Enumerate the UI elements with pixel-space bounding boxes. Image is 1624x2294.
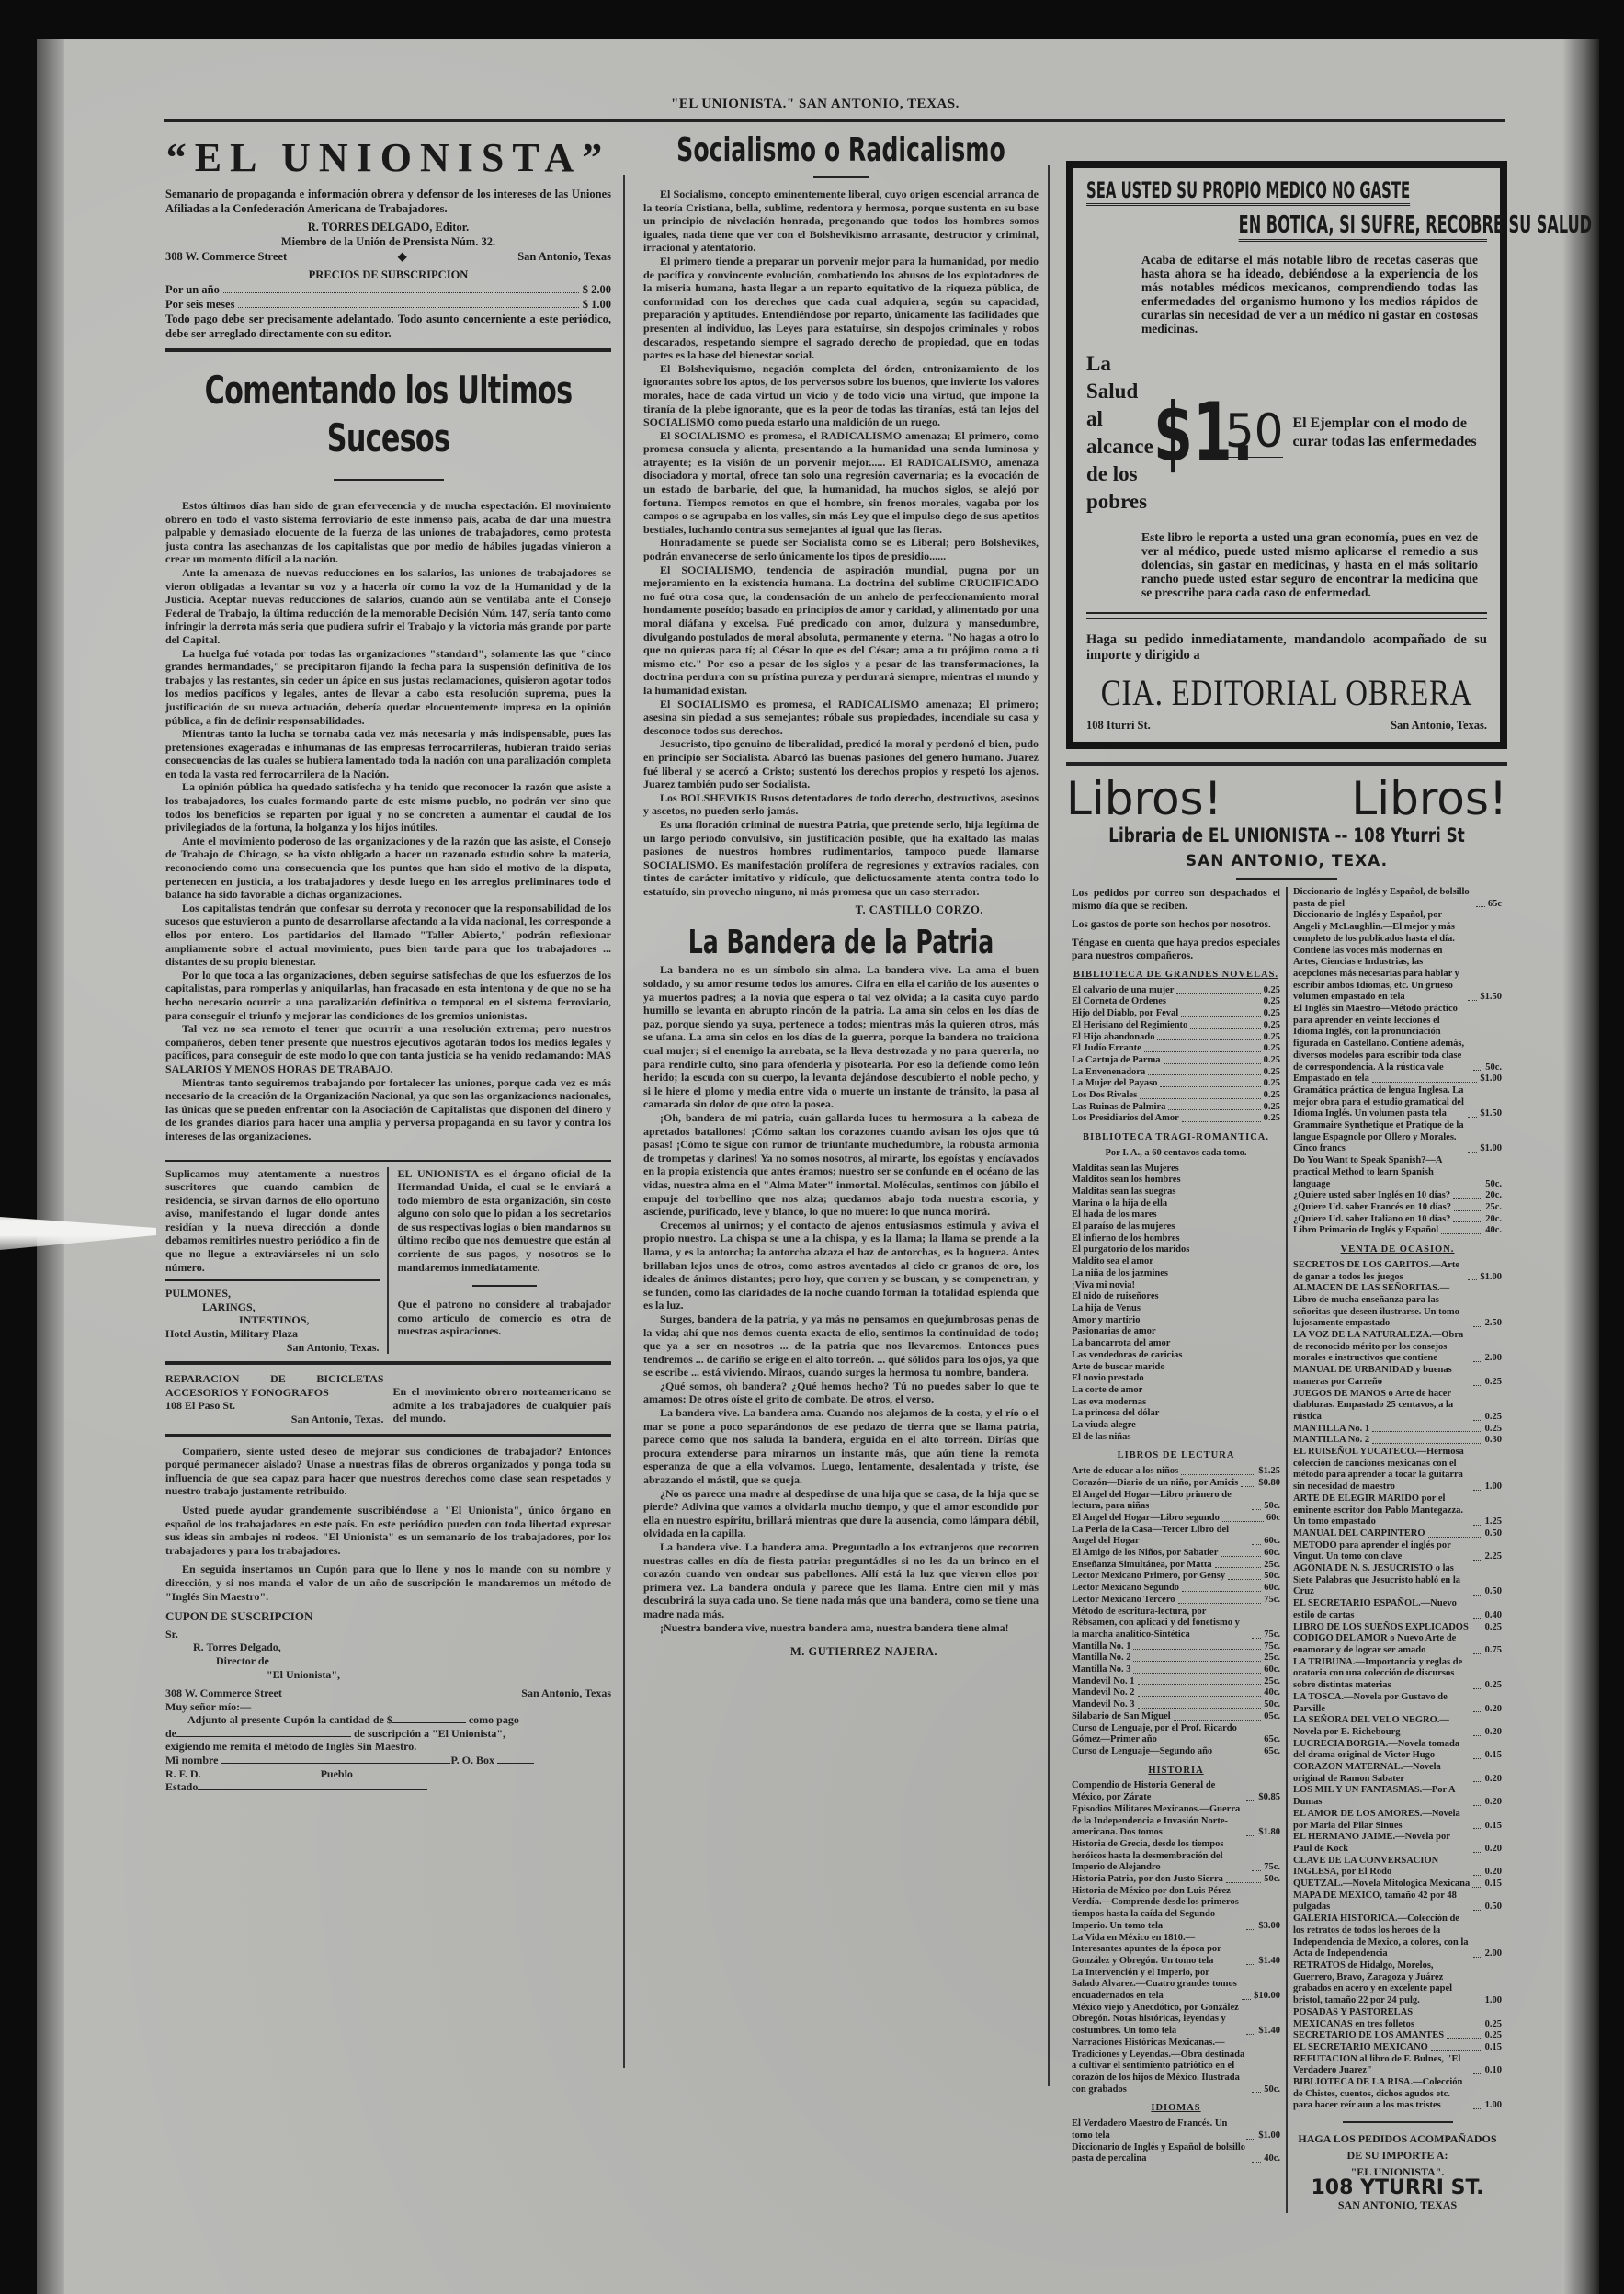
catalog-item-price: 2.50 bbox=[1485, 1318, 1502, 1330]
catalog-item: Lector Mexicano Segundo60c. bbox=[1072, 1583, 1280, 1595]
leader-dots bbox=[1182, 1121, 1261, 1122]
catalog-item-price: 0.15 bbox=[1485, 1750, 1502, 1762]
catalog-item: Mantilla No. 360c. bbox=[1072, 1664, 1280, 1676]
price-value: $ 1.00 bbox=[583, 297, 611, 312]
article-byline: M. GUTIERREZ NAJERA. bbox=[643, 1645, 937, 1659]
catalog-item-title: MANUAL DEL CARPINTERO bbox=[1293, 1528, 1425, 1540]
catalog-item-title: México viejo y Anecdótico, por González … bbox=[1072, 2003, 1244, 2038]
catalog-item-title: La Vida en México en 1810.—Interesantes … bbox=[1072, 1933, 1244, 1968]
catalog-item-price: $0.80 bbox=[1258, 1478, 1280, 1490]
catalog-item-title: POSADAS Y PASTORELAS MEXICANAS en tres f… bbox=[1293, 2007, 1471, 2030]
catalog-item-price: $0.85 bbox=[1258, 1792, 1280, 1804]
catalog-item-price: 60c bbox=[1266, 1513, 1280, 1525]
article-body: Estos últimos días han sido de gran efer… bbox=[165, 499, 611, 1143]
catalog-item-title: Marina o la hija de ella bbox=[1072, 1198, 1167, 1210]
masthead-editor: R. TORRES DELGADO, Editor. bbox=[165, 220, 611, 234]
catalog-item-price: 0.15 bbox=[1485, 1879, 1502, 1891]
catalog-item: POSADAS Y PASTORELAS MEXICANAS en tres f… bbox=[1293, 2007, 1502, 2030]
leader-dots bbox=[1246, 2139, 1255, 2140]
catalog-section-heading: LIBROS DE LECTURA bbox=[1072, 1450, 1280, 1462]
catalog-item-title: MANTILLA No. 2 bbox=[1293, 1435, 1369, 1447]
ad-bicicletas: REPARACION DE BICICLETAS ACCESORIOS Y FO… bbox=[165, 1372, 384, 1425]
ads-row: REPARACION DE BICICLETAS ACCESORIOS Y FO… bbox=[165, 1372, 611, 1425]
paragraph: Los BOLSHEVIKIS Rusos detentadores de to… bbox=[643, 791, 1039, 818]
coupon-rfd-row: R. F. D.Pueblo bbox=[165, 1767, 611, 1781]
catalog-item-title: La niña de los jazmines bbox=[1072, 1268, 1168, 1280]
leader-dots bbox=[1372, 1443, 1482, 1444]
section-rule bbox=[165, 1160, 611, 1162]
masthead-description: Semanario de propaganda e información ob… bbox=[165, 187, 611, 216]
catalog-item-title: El Herisiano del Regimiento bbox=[1072, 1020, 1187, 1032]
paragraph: Crecemos al unirnos; y el contacto de aj… bbox=[643, 1219, 1039, 1312]
ornament-rule bbox=[472, 1285, 537, 1287]
catalog-item-price: 2.00 bbox=[1485, 1353, 1502, 1365]
coupon-addressee: R. Torres Delgado, bbox=[165, 1641, 611, 1654]
paragraph: ¿No os parece una madre al despedirse de… bbox=[643, 1487, 1039, 1540]
catalog-item: Grammaire Synthetique et Pratique de la … bbox=[1293, 1120, 1502, 1155]
leader-dots bbox=[1473, 1781, 1482, 1782]
coupon-text: de bbox=[165, 1727, 176, 1740]
catalog-item-title: Historia Patria, por don Justo Sierra bbox=[1072, 1874, 1223, 1886]
paragraph: Compañero, siente usted deseo de mejorar… bbox=[165, 1445, 611, 1498]
leader-dots bbox=[1372, 1431, 1482, 1432]
leader-dots bbox=[1252, 1544, 1261, 1545]
estado-field[interactable] bbox=[198, 1780, 427, 1790]
column-left: “EL UNIONISTA” Semanario de propaganda e… bbox=[165, 127, 611, 1794]
catalog-item-title: Gramática práctica de lengua Inglesa. La… bbox=[1293, 1085, 1465, 1120]
catalog-item: La princesa del dólar bbox=[1072, 1408, 1280, 1420]
catalog-item: Enseñanza Simultánea, por Matta25c. bbox=[1072, 1560, 1280, 1572]
leader-dots bbox=[1246, 1800, 1255, 1801]
section-rule-thick bbox=[165, 1434, 611, 1437]
paragraph: El SOCIALISMO, tendencia de aspiración m… bbox=[643, 563, 1039, 698]
catalog-item-price: 1.25 bbox=[1485, 1516, 1502, 1528]
notices-right: EL UNIONISTA es el órgano oficial de la … bbox=[398, 1167, 612, 1355]
paragraph: Ante el movimiento poderoso de las organ… bbox=[165, 835, 611, 902]
catalog-item: Lector Mexicano Primero, por Gensy50c. bbox=[1072, 1571, 1280, 1583]
catalog-item: LA VOZ DE LA NATURALEZA.—Obra de reconoc… bbox=[1293, 1330, 1502, 1365]
estado-label: Estado bbox=[165, 1780, 198, 1793]
rfd-label: R. F. D. bbox=[165, 1767, 201, 1780]
leader-dots bbox=[1454, 1210, 1482, 1211]
headline-rule bbox=[813, 176, 869, 178]
catalog-item: Mantilla No. 175c. bbox=[1072, 1641, 1280, 1653]
leader-dots bbox=[1468, 1000, 1477, 1001]
catalog-item-title: Diccionario de Inglés y Español, por Ang… bbox=[1293, 910, 1465, 1004]
paragraph: ¿Qué somos, oh bandera? ¿Qué hemos hecho… bbox=[643, 1380, 1039, 1406]
libros-subtitle: Libraria de EL UNIONISTA -- 108 Yturri S… bbox=[1081, 824, 1493, 846]
amount-field[interactable] bbox=[392, 1713, 466, 1723]
catalog-item-price: 60c. bbox=[1264, 1583, 1280, 1595]
catalog-item-price: 0.20 bbox=[1485, 1774, 1502, 1786]
paragraph: Los capitalistas tendrán que confesar su… bbox=[165, 902, 611, 969]
catalog-item-price: 25c. bbox=[1264, 1676, 1280, 1688]
leader-dots bbox=[1428, 1537, 1482, 1538]
catalog-item-price: 0.50 bbox=[1485, 1528, 1502, 1540]
catalog-item-price: 0.15 bbox=[1485, 2042, 1502, 2054]
paragraph: La bandera no es un símbolo sin alma. La… bbox=[643, 963, 1039, 1111]
catalog-section-heading: BIBLIOTECA DE GRANDES NOVELAS. bbox=[1072, 970, 1280, 982]
catalog-item: Gramática práctica de lengua Inglesa. La… bbox=[1293, 1085, 1502, 1120]
catalog-item-price: 0.10 bbox=[1485, 2065, 1502, 2077]
catalog-item-price: 0.25 bbox=[1264, 1055, 1280, 1067]
catalog-item-price: $10.00 bbox=[1254, 1991, 1280, 2003]
paragraph: La huelga fué votada por todas las organ… bbox=[165, 647, 611, 728]
paragraph: El Bolsheviquismo, negación completa del… bbox=[643, 362, 1039, 429]
coupon-name-row: Mi nombre P. O. Box bbox=[165, 1754, 611, 1767]
ad-slogan: La Salud al alcance de los pobres bbox=[1086, 350, 1153, 516]
leader-dots bbox=[1138, 1696, 1262, 1697]
coupon-greeting: Muy señor mío:— bbox=[165, 1700, 611, 1714]
catalog-item-price: 50c. bbox=[1485, 1179, 1502, 1191]
catalog-item-title: El Judío Errante bbox=[1072, 1043, 1141, 1055]
leader-dots bbox=[1372, 1082, 1478, 1083]
catalog-item: Pasionarias de amor bbox=[1072, 1326, 1280, 1338]
leader-dots bbox=[1222, 1521, 1264, 1522]
leader-dots bbox=[1441, 1233, 1482, 1234]
leader-dots bbox=[1473, 1910, 1482, 1911]
catalog-item: Malditos sean los hombres bbox=[1072, 1175, 1280, 1187]
leader-dots bbox=[1246, 1964, 1255, 1965]
catalog-item-title: AGONIA DE N. S. JESUCRISTO o las Siete P… bbox=[1293, 1563, 1471, 1598]
catalog-item-title: Mandevil No. 3 bbox=[1072, 1699, 1135, 1711]
libros-title-left: Libros! bbox=[1066, 773, 1222, 824]
catalog-item: LIBRO DE LOS SUEÑOS EXPLICADOS0.25 bbox=[1293, 1622, 1502, 1634]
catalog-item-title: RETRATOS de Hidalgo, Morelos, Guerrero, … bbox=[1293, 1960, 1471, 2007]
name-field[interactable] bbox=[221, 1754, 450, 1764]
price-row: Por un año$ 2.00 bbox=[165, 282, 611, 297]
leader-dots bbox=[1226, 1882, 1261, 1883]
leader-dots bbox=[1473, 2073, 1482, 2074]
catalog-item: La Mujer del Payaso0.25 bbox=[1072, 1078, 1280, 1090]
catalog-item-price: 25c. bbox=[1264, 1560, 1280, 1572]
catalog-item: EL SECRETARIO ESPAÑOL.—Nuevo estilo de c… bbox=[1293, 1598, 1502, 1621]
catalog-item-price: 0.25 bbox=[1264, 1008, 1280, 1020]
paragraph: ¡Oh, bandera de mi patria, cuán gallarda… bbox=[643, 1111, 1039, 1219]
order-note: HAGA LOS PEDIDOS ACOMPAÑADOSDE SU IMPORT… bbox=[1293, 2121, 1502, 2213]
catalog-item-title: ¿Quiere Ud. saber Italiano en 10 días? bbox=[1293, 1214, 1450, 1226]
catalog-item-price: 60c. bbox=[1264, 1536, 1280, 1548]
ad-rule bbox=[1086, 612, 1487, 619]
article-headline: La Bandera de la Patria bbox=[658, 923, 1025, 963]
catalog-item: Marina o la hija de ella bbox=[1072, 1198, 1280, 1210]
catalog-item: ARTE DE ELEGIR MARIDO por el eminente es… bbox=[1293, 1493, 1502, 1528]
catalog-item-title: LA SEÑORA DEL VELO NEGRO.—Novela por E. … bbox=[1293, 1715, 1471, 1738]
catalog-left: Los pedidos por correo son despachados e… bbox=[1066, 887, 1288, 2213]
order-line: HAGA LOS PEDIDOS ACOMPAÑADOS bbox=[1293, 2130, 1502, 2147]
catalog-item: MANUAL DE URBANIDAD y buenas maneras por… bbox=[1293, 1365, 1502, 1388]
catalog-item-price: 75c. bbox=[1264, 1595, 1280, 1607]
leader-dots bbox=[1473, 1490, 1482, 1491]
catalog-item: El Judío Errante0.25 bbox=[1072, 1043, 1280, 1055]
catalog-item: Hijo del Diablo, por Feval0.25 bbox=[1072, 1008, 1280, 1020]
catalog-item-price: 05c. bbox=[1264, 1711, 1280, 1723]
leader-dots bbox=[1246, 2034, 1255, 2035]
leader-dots bbox=[1138, 1708, 1262, 1709]
paragraph: Tal vez no sea remoto el tener que ocurr… bbox=[165, 1022, 611, 1075]
catalog-item: Amor y martirio bbox=[1072, 1315, 1280, 1327]
coupon-text: Adjunto al presente Cupón la cantidad de… bbox=[187, 1713, 392, 1726]
column-right: SEA USTED SU PROPIO MEDICO NO GASTE EN B… bbox=[1066, 161, 1507, 2213]
catalog-item-price: 0.25 bbox=[1264, 1102, 1280, 1114]
catalog-item-price: 65c. bbox=[1264, 1746, 1280, 1758]
order-rule bbox=[1343, 2121, 1453, 2123]
catalog-section-heading: VENTA DE OCASION. bbox=[1293, 1244, 1502, 1256]
leader-dots bbox=[1473, 1361, 1482, 1362]
company-name: CIA. EDITORIAL OBRERA bbox=[1100, 671, 1474, 714]
catalog-item-title: Enseñanza Simultánea, por Matta bbox=[1072, 1560, 1212, 1572]
term-field[interactable] bbox=[176, 1727, 351, 1737]
catalog-item-price: 75c. bbox=[1264, 1630, 1280, 1641]
catalog-item-title: Mantilla No. 2 bbox=[1072, 1652, 1130, 1664]
leader-dots bbox=[1473, 2027, 1482, 2027]
catalog-item: El Verdadero Maestro de Francés. Un tomo… bbox=[1072, 2118, 1280, 2141]
catalog-item-title: Las Ruinas de Palmira bbox=[1072, 1102, 1165, 1114]
leader-dots bbox=[1252, 1638, 1261, 1639]
leader-dots bbox=[1472, 1887, 1482, 1888]
leader-dots bbox=[1133, 1673, 1261, 1674]
catalog-item: Maldito sea el amor bbox=[1072, 1256, 1280, 1268]
paragraph: ¡Nuestra bandera vive, nuestra bandera a… bbox=[643, 1621, 1039, 1635]
catalog-item-title: EL SECRETARIO MEXICANO bbox=[1293, 2042, 1428, 2054]
catalog-item: El Angel del Hogar—Libro segundo60c bbox=[1072, 1513, 1280, 1525]
leader-dots bbox=[1252, 1743, 1261, 1743]
catalog-right: Diccionario de Inglés y Español, de bols… bbox=[1288, 887, 1507, 2213]
appeal: Compañero, siente usted deseo de mejorar… bbox=[165, 1445, 611, 1604]
leader-dots bbox=[1140, 1098, 1260, 1099]
catalog-item-price: $1.00 bbox=[1258, 2130, 1280, 2142]
article-headline: Comentando los Ultimos bbox=[175, 367, 601, 415]
leader-dots bbox=[1178, 1603, 1262, 1604]
coupon-line-term: de de suscripción a "El Unionista", bbox=[165, 1727, 611, 1741]
catalog-item-title: Corazón—Diario de un niño, por Amicis bbox=[1072, 1478, 1238, 1490]
catalog-item: CODIGO DEL AMOR o Nuevo Arte de enamorar… bbox=[1293, 1633, 1502, 1656]
prices-heading: PRECIOS DE SUBSCRIPCION bbox=[165, 267, 611, 282]
catalog-item-title: CLAVE DE LA CONVERSACION INGLESA, por El… bbox=[1293, 1856, 1471, 1879]
catalog-item-price: 0.20 bbox=[1485, 1727, 1502, 1739]
catalog-item-price: 0.25 bbox=[1264, 1078, 1280, 1090]
catalog-item: La Vida en México en 1810.—Interesantes … bbox=[1072, 1933, 1280, 1968]
catalog-item-title: Pasionarias de amor bbox=[1072, 1326, 1156, 1338]
catalog-item-price: 50c. bbox=[1264, 1571, 1280, 1583]
catalog-item: Mandevil No. 240c. bbox=[1072, 1687, 1280, 1699]
catalog-item-title: Historia de Grecia, desde los tiempos he… bbox=[1072, 1839, 1249, 1874]
catalog-item-title: LA VOZ DE LA NATURALEZA.—Obra de reconoc… bbox=[1293, 1330, 1471, 1365]
leader-dots bbox=[1473, 1957, 1482, 1958]
catalog-item: La viuda alegre bbox=[1072, 1420, 1280, 1432]
catalog-item-title: Las vendedoras de caricias bbox=[1072, 1350, 1182, 1362]
leader-dots bbox=[1181, 1016, 1260, 1017]
catalog-item-title: Los Dos Rivales bbox=[1072, 1090, 1137, 1102]
catalog-item-price: 0.40 bbox=[1485, 1610, 1502, 1622]
price-label: Por un año bbox=[165, 282, 220, 297]
catalog-item: La hija de Venus bbox=[1072, 1303, 1280, 1315]
notice-rule bbox=[165, 1279, 380, 1281]
catalog-item-price: 0.25 bbox=[1485, 2019, 1502, 2031]
catalog-item-price: 0.25 bbox=[1485, 1412, 1502, 1424]
catalog-item: El de las niñas bbox=[1072, 1432, 1280, 1444]
catalog-item: Arte de buscar marido bbox=[1072, 1362, 1280, 1374]
catalog-item-price: 65c. bbox=[1264, 1734, 1280, 1746]
leader-dots bbox=[1168, 1109, 1260, 1110]
catalog-item: GALERIA HISTORICA.—Colección de los retr… bbox=[1293, 1914, 1502, 1960]
company-address: 108 Iturri St. bbox=[1086, 718, 1151, 732]
catalog-item: Historia de México por don Luis Pérez Ve… bbox=[1072, 1886, 1280, 1933]
ad-bicicletas-city: San Antonio, Texas. bbox=[165, 1413, 384, 1426]
leader-dots bbox=[1473, 1805, 1482, 1806]
catalog-item: Narraciones Históricas Mexicanas.—Tradic… bbox=[1072, 2038, 1280, 2096]
leader-dots bbox=[1473, 1595, 1482, 1596]
catalog-item-title: La Perla de la Casa—Tercer Libro del Ang… bbox=[1072, 1525, 1249, 1548]
order-line: DE SU IMPORTE A: bbox=[1293, 2147, 1502, 2163]
catalog-item-price: 75c. bbox=[1264, 1862, 1280, 1874]
catalog-item: Diccionario de Inglés y Español, de bols… bbox=[1293, 887, 1502, 910]
catalog-item-price: 0.25 bbox=[1264, 1032, 1280, 1044]
catalog-item: Mandevil No. 350c. bbox=[1072, 1699, 1280, 1711]
article-comentando: Comentando los Ultimos Sucesos Estos últ… bbox=[165, 367, 611, 1143]
section-rule-thick bbox=[165, 1361, 611, 1365]
leader-dots bbox=[1471, 1630, 1482, 1630]
notices-row: Suplicamos muy atentamente a nuestros su… bbox=[165, 1167, 611, 1355]
catalog-item-price: $1.00 bbox=[1480, 1272, 1502, 1284]
catalog-item: El calvario de una mujer0.25 bbox=[1072, 985, 1280, 997]
price-list: Por un año$ 2.00Por seis meses$ 1.00 bbox=[165, 282, 611, 312]
paragraph: Surges, bandera de la patria, y ya más n… bbox=[643, 1312, 1039, 1380]
catalog-item: Compendio de Historia General de México,… bbox=[1072, 1780, 1280, 1803]
leader-dots bbox=[1133, 1649, 1261, 1650]
catalog-item-title: ¡Viva mi novia! bbox=[1072, 1280, 1135, 1292]
paragraph: Es una floración criminal de nuestra Pat… bbox=[643, 818, 1039, 899]
catalog-item: LA TRIBUNA.—Importancia y reglas de orat… bbox=[1293, 1657, 1502, 1692]
catalog-item-title: Historia de México por don Luis Pérez Ve… bbox=[1072, 1886, 1244, 1933]
catalog-item-price: 0.25 bbox=[1264, 1067, 1280, 1079]
leader-dots bbox=[238, 307, 578, 308]
leader-dots bbox=[1164, 1063, 1261, 1064]
catalog-item: EL HERMANO JAIME.—Novela por Paul de Koc… bbox=[1293, 1832, 1502, 1855]
ad-pulmones: PULMONES, LARINGS, INTESTINOS, Hotel Aus… bbox=[165, 1287, 380, 1354]
catalog-item-title: CODIGO DEL AMOR o Nuevo Arte de enamorar… bbox=[1293, 1633, 1471, 1656]
company-city: San Antonio, Texas. bbox=[1391, 718, 1487, 732]
paragraph: Usted puede ayudar grandemente suscribié… bbox=[165, 1504, 611, 1557]
leader-dots bbox=[1473, 1758, 1482, 1759]
catalog-item-title: Diccionario de Inglés y Español, de bols… bbox=[1293, 887, 1473, 910]
leader-dots bbox=[1431, 2050, 1482, 2051]
catalog-item: Arte de educar a los niños$1.25 bbox=[1072, 1466, 1280, 1478]
paragraph: El primero tiende a preparar un porvenir… bbox=[643, 255, 1039, 362]
leader-dots bbox=[1468, 1152, 1477, 1153]
catalog-section-heading: HISTORIA bbox=[1072, 1766, 1280, 1777]
catalog-item: El infierno de los hombres bbox=[1072, 1233, 1280, 1245]
catalog-item-title: LIBRO DE LOS SUEÑOS EXPLICADOS bbox=[1293, 1622, 1469, 1634]
masthead-title: “EL UNIONISTA” bbox=[165, 134, 611, 181]
catalog-item-title: El Amigo de los Niños, por Sabatier bbox=[1072, 1548, 1218, 1560]
catalog-item-price: 0.25 bbox=[1485, 1424, 1502, 1436]
page-edge-left bbox=[37, 39, 64, 2294]
catalog-item: Curso de Lenguaje—Segundo año65c. bbox=[1072, 1746, 1280, 1758]
catalog-item-title: El Hijo abandonado bbox=[1072, 1032, 1154, 1044]
catalog-item: ¿Quiere usted saber Inglés en 10 días?20… bbox=[1293, 1190, 1502, 1202]
article-body: La bandera no es un símbolo sin alma. La… bbox=[643, 963, 1039, 1634]
leader-dots bbox=[1468, 1279, 1477, 1280]
catalog-item-title: El infierno de los hombres bbox=[1072, 1233, 1180, 1245]
ad-medico: SEA USTED SU PROPIO MEDICO NO GASTE EN B… bbox=[1066, 161, 1507, 749]
catalog-item: Lector Mexicano Tercero75c. bbox=[1072, 1595, 1280, 1607]
catalog-item-title: LA TRIBUNA.—Importancia y reglas de orat… bbox=[1293, 1657, 1471, 1692]
catalog-item-title: El Corneta de Ordenes bbox=[1072, 996, 1166, 1008]
rfd-field[interactable] bbox=[201, 1767, 321, 1777]
libros-intro: Téngase en cuenta que haya precios espec… bbox=[1072, 937, 1280, 962]
catalog-item: METODO para aprender el inglés por Vingu… bbox=[1293, 1540, 1502, 1563]
catalog-item-price: 65c bbox=[1488, 899, 1502, 911]
catalog-item-title: El novio prestado bbox=[1072, 1373, 1144, 1385]
pueblo-field[interactable] bbox=[356, 1767, 549, 1777]
catalog-item: Empastado en tela$1.00 bbox=[1293, 1073, 1502, 1085]
catalog-item: ¿Quiere Ud. saber Italiano en 10 días?20… bbox=[1293, 1214, 1502, 1226]
coupon-address-row: 308 W. Commerce Street San Antonio, Texa… bbox=[165, 1686, 611, 1700]
catalog-item: Las eva modernas bbox=[1072, 1397, 1280, 1409]
libros-title-right: Libros! bbox=[1351, 773, 1507, 824]
ad-headline: SEA USTED SU PROPIO MEDICO NO GASTE bbox=[1086, 177, 1410, 206]
catalog-item-title: El calvario de una mujer bbox=[1072, 985, 1174, 997]
catalog-item: La Intervención y el Imperio, por Salado… bbox=[1072, 1968, 1280, 2003]
catalog-item-title: El Angel del Hogar—Libro primero de lect… bbox=[1072, 1490, 1249, 1513]
catalog-item: La corte de amor bbox=[1072, 1385, 1280, 1397]
catalog-item-price: 75c. bbox=[1264, 1641, 1280, 1653]
catalog-item: QUETZAL.—Novela Mitologica Mexicana0.15 bbox=[1293, 1879, 1502, 1891]
libros-rule bbox=[1236, 878, 1337, 880]
price-dollars: $1. bbox=[1153, 392, 1198, 473]
paragraph: Jesucristo, tipo genuino de liberalidad,… bbox=[643, 737, 1039, 790]
catalog-item: El paraíso de las mujeres bbox=[1072, 1221, 1280, 1233]
catalog-item: JUEGOS DE MANOS o Arte de hacer diablura… bbox=[1293, 1389, 1502, 1424]
leader-dots bbox=[1174, 1720, 1262, 1720]
price-note: El Ejemplar con el modo de curar todas l… bbox=[1292, 415, 1487, 451]
ad-bicicletas-title: REPARACION DE BICICLETAS ACCESORIOS Y FO… bbox=[165, 1372, 384, 1399]
catalog-item-price: 40c. bbox=[1264, 2153, 1280, 2165]
coupon-salutation: Sr. bbox=[165, 1628, 611, 1641]
leader-dots bbox=[1473, 1187, 1482, 1187]
catalog-item-price: $1.50 bbox=[1480, 1108, 1502, 1120]
catalog-item: Mandevil No. 125c. bbox=[1072, 1676, 1280, 1688]
po-box-field[interactable] bbox=[497, 1754, 534, 1764]
catalog-item-title: Compendio de Historia General de México,… bbox=[1072, 1780, 1244, 1803]
catalog-item: SECRETOS DE LOS GARITOS.—Arte de ganar a… bbox=[1293, 1260, 1502, 1283]
leader-dots bbox=[1176, 993, 1260, 994]
coupon-heading: CUPON DE SUSCRIPCION bbox=[165, 1610, 611, 1624]
catalog-item-price: 0.20 bbox=[1485, 1797, 1502, 1809]
leader-dots bbox=[1476, 906, 1485, 907]
catalog-item-title: La viuda alegre bbox=[1072, 1420, 1136, 1432]
catalog-item: Método de escritura-lectura, por Rébsame… bbox=[1072, 1607, 1280, 1641]
catalog-item: El Amigo de los Niños, por Sabatier60c. bbox=[1072, 1548, 1280, 1560]
catalog-item-title: Lector Mexicano Tercero bbox=[1072, 1595, 1175, 1607]
catalog-item-title: ARTE DE ELEGIR MARIDO por el eminente es… bbox=[1293, 1493, 1471, 1528]
ad-pulmones-line: PULMONES, bbox=[165, 1287, 380, 1300]
catalog-item-title: Los Presidiarios del Amor bbox=[1072, 1113, 1179, 1125]
article-byline: T. CASTILLO CORZO. bbox=[643, 903, 983, 917]
catalog-item-title: LUCRECIA BORGIA.—Novela tomada del drama… bbox=[1293, 1739, 1471, 1762]
catalog-item-price: 20c. bbox=[1485, 1214, 1502, 1226]
catalog-item: Diccionario de Inglés y Español de bolsi… bbox=[1072, 2142, 1280, 2165]
ad-intro: Acaba de editarse el más notable libro d… bbox=[1141, 253, 1478, 335]
catalog-item-price: 2.00 bbox=[1485, 1948, 1502, 1960]
catalog-item-price: $1.50 bbox=[1480, 992, 1502, 1004]
paragraph: Estos últimos días han sido de gran efer… bbox=[165, 499, 611, 566]
catalog-item-price: $1.40 bbox=[1258, 2026, 1280, 2038]
coupon-text: de suscripción a "El Unionista", bbox=[354, 1727, 505, 1740]
catalog-item: El novio prestado bbox=[1072, 1373, 1280, 1385]
section-rule-thick bbox=[1066, 762, 1507, 766]
